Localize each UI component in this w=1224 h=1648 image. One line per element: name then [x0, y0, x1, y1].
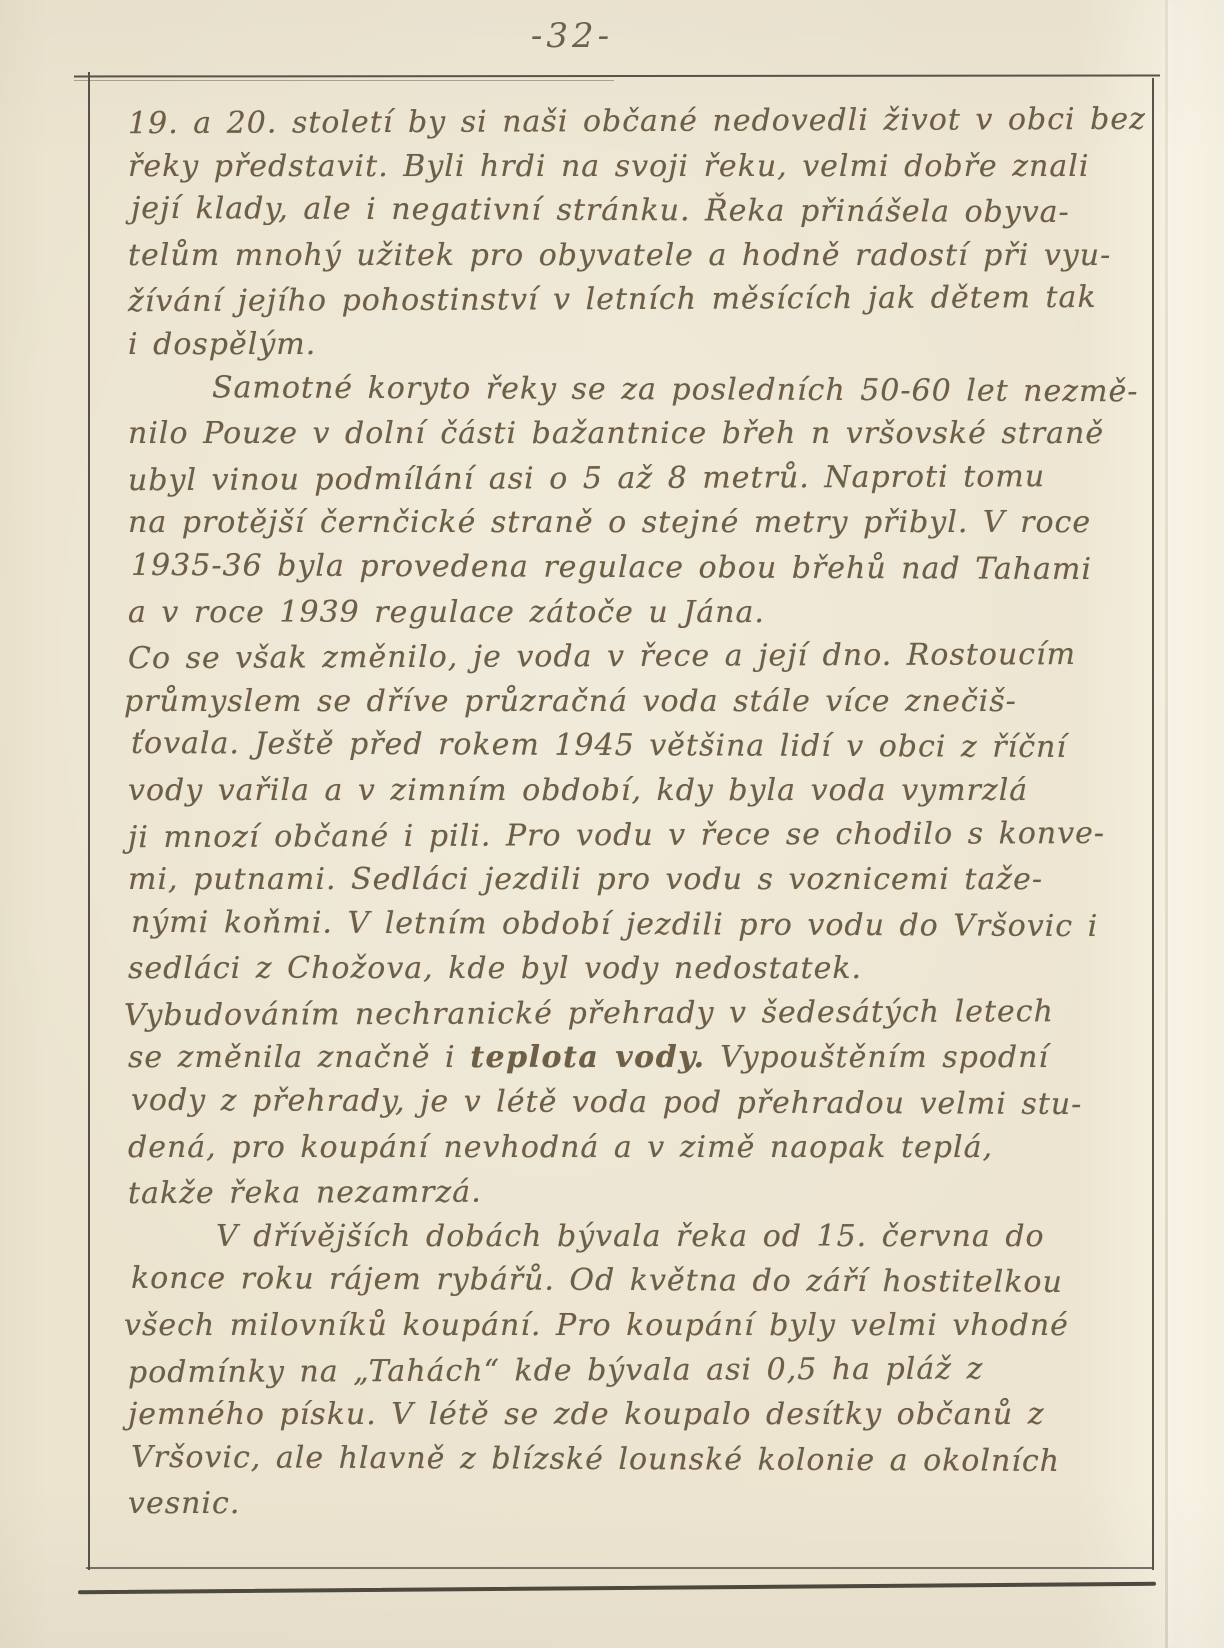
scanned-page: -32- 19. a 20. století by si naši občané…: [0, 0, 1224, 1648]
manuscript-text: 19. a 20. století by si naši občané nedo…: [128, 100, 1118, 1527]
manuscript-line: jemného písku. V létě se zde koupalo des…: [128, 1393, 1118, 1438]
manuscript-line: takže řeka nezamrzá.: [128, 1168, 1118, 1217]
manuscript-line: vody vařila a v zimním období, kdy byla …: [128, 769, 1118, 814]
manuscript-line: ji mnozí občané i pili. Pro vodu v řece …: [128, 811, 1118, 860]
manuscript-line: nilo Pouze v dolní části bažantnice břeh…: [128, 412, 1118, 457]
manuscript-line: Vybudováním nechranické přehrady v šedes…: [124, 990, 1118, 1039]
manuscript-line: mi, putnami. Sedláci jezdili pro vodu s …: [128, 858, 1118, 903]
page-border-bottom: [86, 1567, 1154, 1569]
manuscript-line: žívání jejího pohostinství v letních měs…: [128, 276, 1118, 325]
paper-crease: [1165, 0, 1168, 1648]
manuscript-line: Co se však změnilo, je voda v řece a jej…: [128, 633, 1118, 682]
manuscript-line: na protější černčické straně o stejné me…: [128, 501, 1118, 546]
page-number: -32-: [0, 16, 1144, 56]
manuscript-line: a v roce 1939 regulace zátoče u Jána.: [128, 591, 1118, 636]
page-border-right: [1152, 78, 1154, 1570]
manuscript-line: i dospělým.: [128, 323, 1118, 368]
manuscript-line: se změnila značně i teplota vody. Vypouš…: [128, 1036, 1118, 1081]
manuscript-line: dená, pro koupání nevhodná a v zimě naop…: [128, 1126, 1118, 1171]
manuscript-line: Samotné koryto řeky se za posledních 50-…: [124, 365, 1118, 414]
page-border-top: [74, 75, 1160, 78]
manuscript-line: konce roku rájem rybářů. Od května do zá…: [131, 1257, 1118, 1306]
manuscript-line: podmínky na „Tahách“ kde bývala asi 0,5 …: [128, 1346, 1118, 1395]
manuscript-line: sedláci z Chožova, kde byl vody nedostat…: [128, 947, 1118, 992]
page-border-left: [88, 72, 90, 1570]
manuscript-line: její klady, ale i negativní stránku. Řek…: [131, 187, 1118, 236]
manuscript-line-segment: se změnila značně i: [128, 1040, 470, 1075]
page-border-bottom-rule: [78, 1582, 1156, 1594]
page-border-top-shadow: [74, 80, 614, 81]
manuscript-line: řeky představit. Byli hrdi na svoji řeku…: [128, 145, 1118, 190]
manuscript-line: všech milovníků koupání. Pro koupání byl…: [124, 1304, 1118, 1349]
manuscript-line: vesnic.: [128, 1482, 1118, 1527]
emphasized-text: teplota vody.: [470, 1040, 705, 1075]
manuscript-line: ubyl vinou podmílání asi o 5 až 8 metrů.…: [128, 455, 1118, 504]
manuscript-line: 1935-36 byla provedena regulace obou bře…: [131, 544, 1118, 593]
manuscript-line: nými koňmi. V letním období jezdili pro …: [131, 901, 1118, 950]
manuscript-line: vody z přehrady, je v létě voda pod přeh…: [131, 1079, 1118, 1128]
manuscript-line: ťovala. Ještě před rokem 1945 většina li…: [131, 722, 1118, 771]
manuscript-line-segment: Vypouštěním spodní: [706, 1040, 1049, 1075]
manuscript-line: průmyslem se dříve průzračná voda stále …: [124, 680, 1118, 725]
manuscript-line: V dřívějších dobách bývala řeka od 15. č…: [128, 1215, 1118, 1260]
manuscript-line: Vršovic, ale hlavně z blízské lounské ko…: [131, 1436, 1118, 1485]
manuscript-line: telům mnohý užitek pro obyvatele a hodně…: [128, 234, 1118, 279]
manuscript-line: 19. a 20. století by si naši občané nedo…: [128, 98, 1118, 147]
